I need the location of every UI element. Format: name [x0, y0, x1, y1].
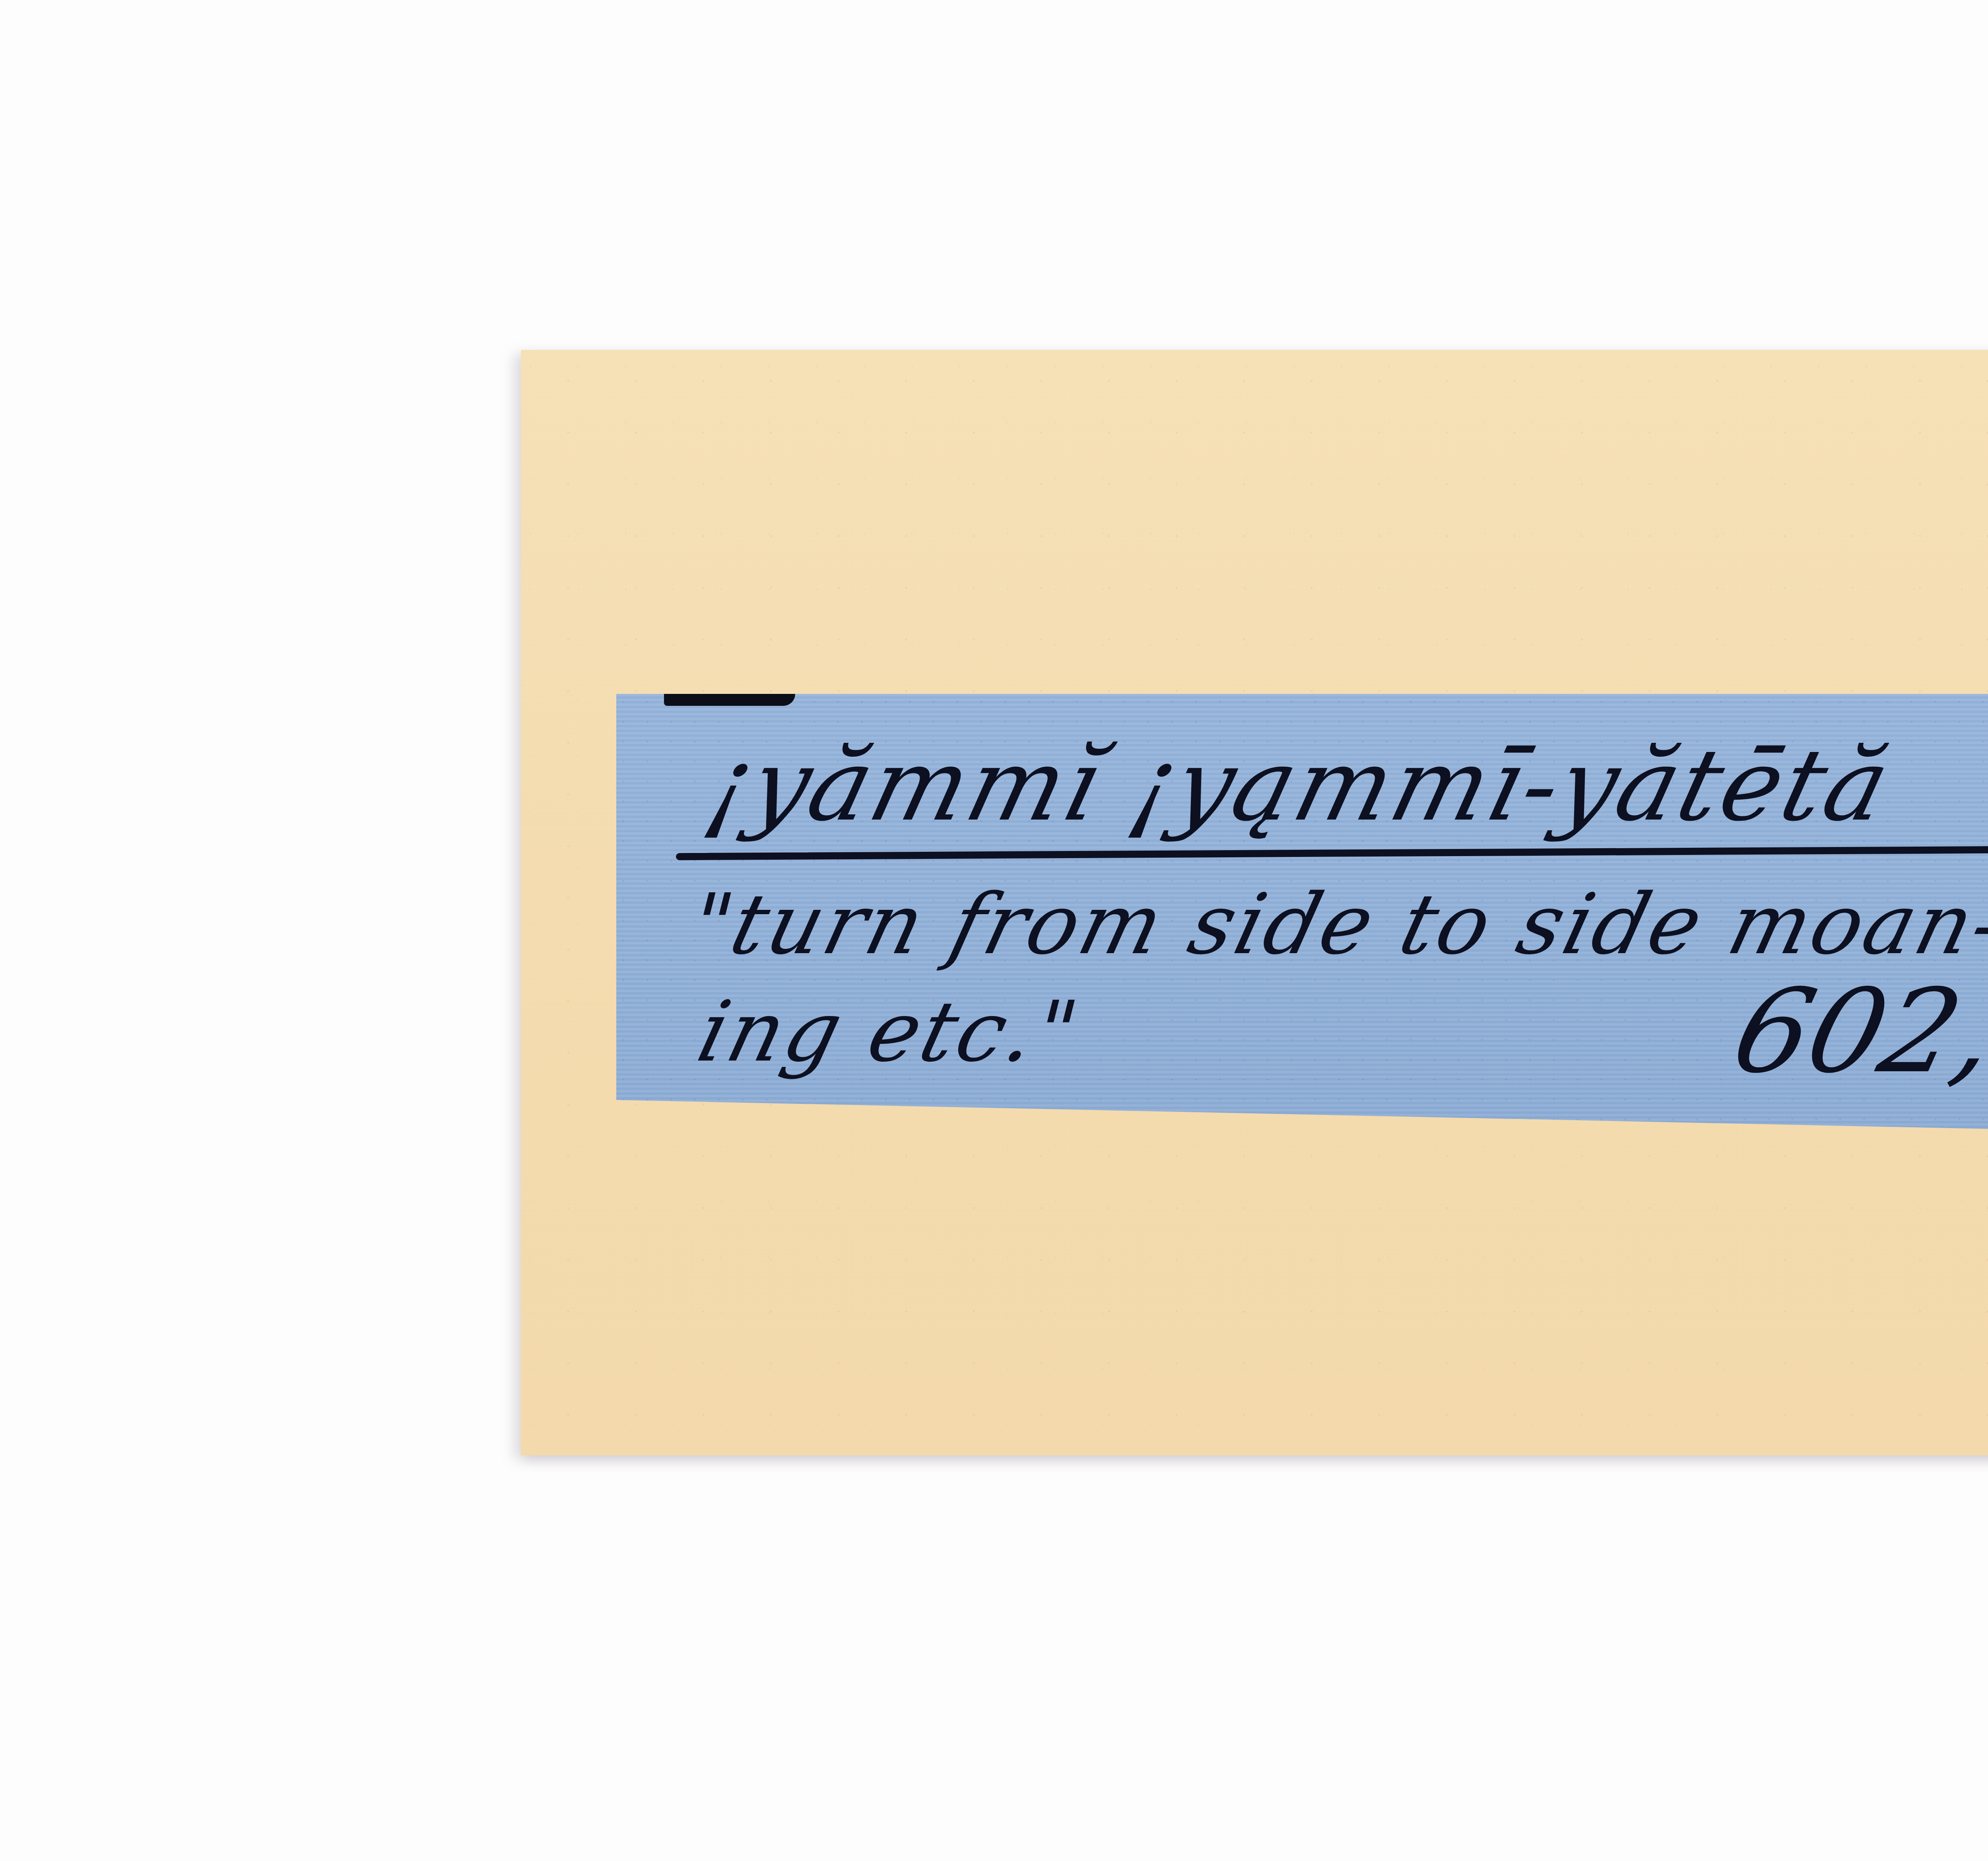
ink-mark — [664, 694, 795, 706]
headword: ¡yămmĭ ¡yąmmī-yătētă — [696, 726, 1903, 845]
gloss-line-1: "turn from side to side moan- — [680, 873, 1988, 976]
headword-underline — [676, 845, 1988, 861]
page-reference: 602, 3, — [1722, 968, 1988, 1096]
paper-card: ¡yămmĭ ¡yąmmī-yătētă "turn from side to … — [521, 350, 1988, 1455]
gloss-line-2: ing etc." — [688, 980, 1090, 1084]
blue-paper-slip: ¡yămmĭ ¡yąmmī-yătētă "turn from side to … — [616, 694, 1988, 1135]
